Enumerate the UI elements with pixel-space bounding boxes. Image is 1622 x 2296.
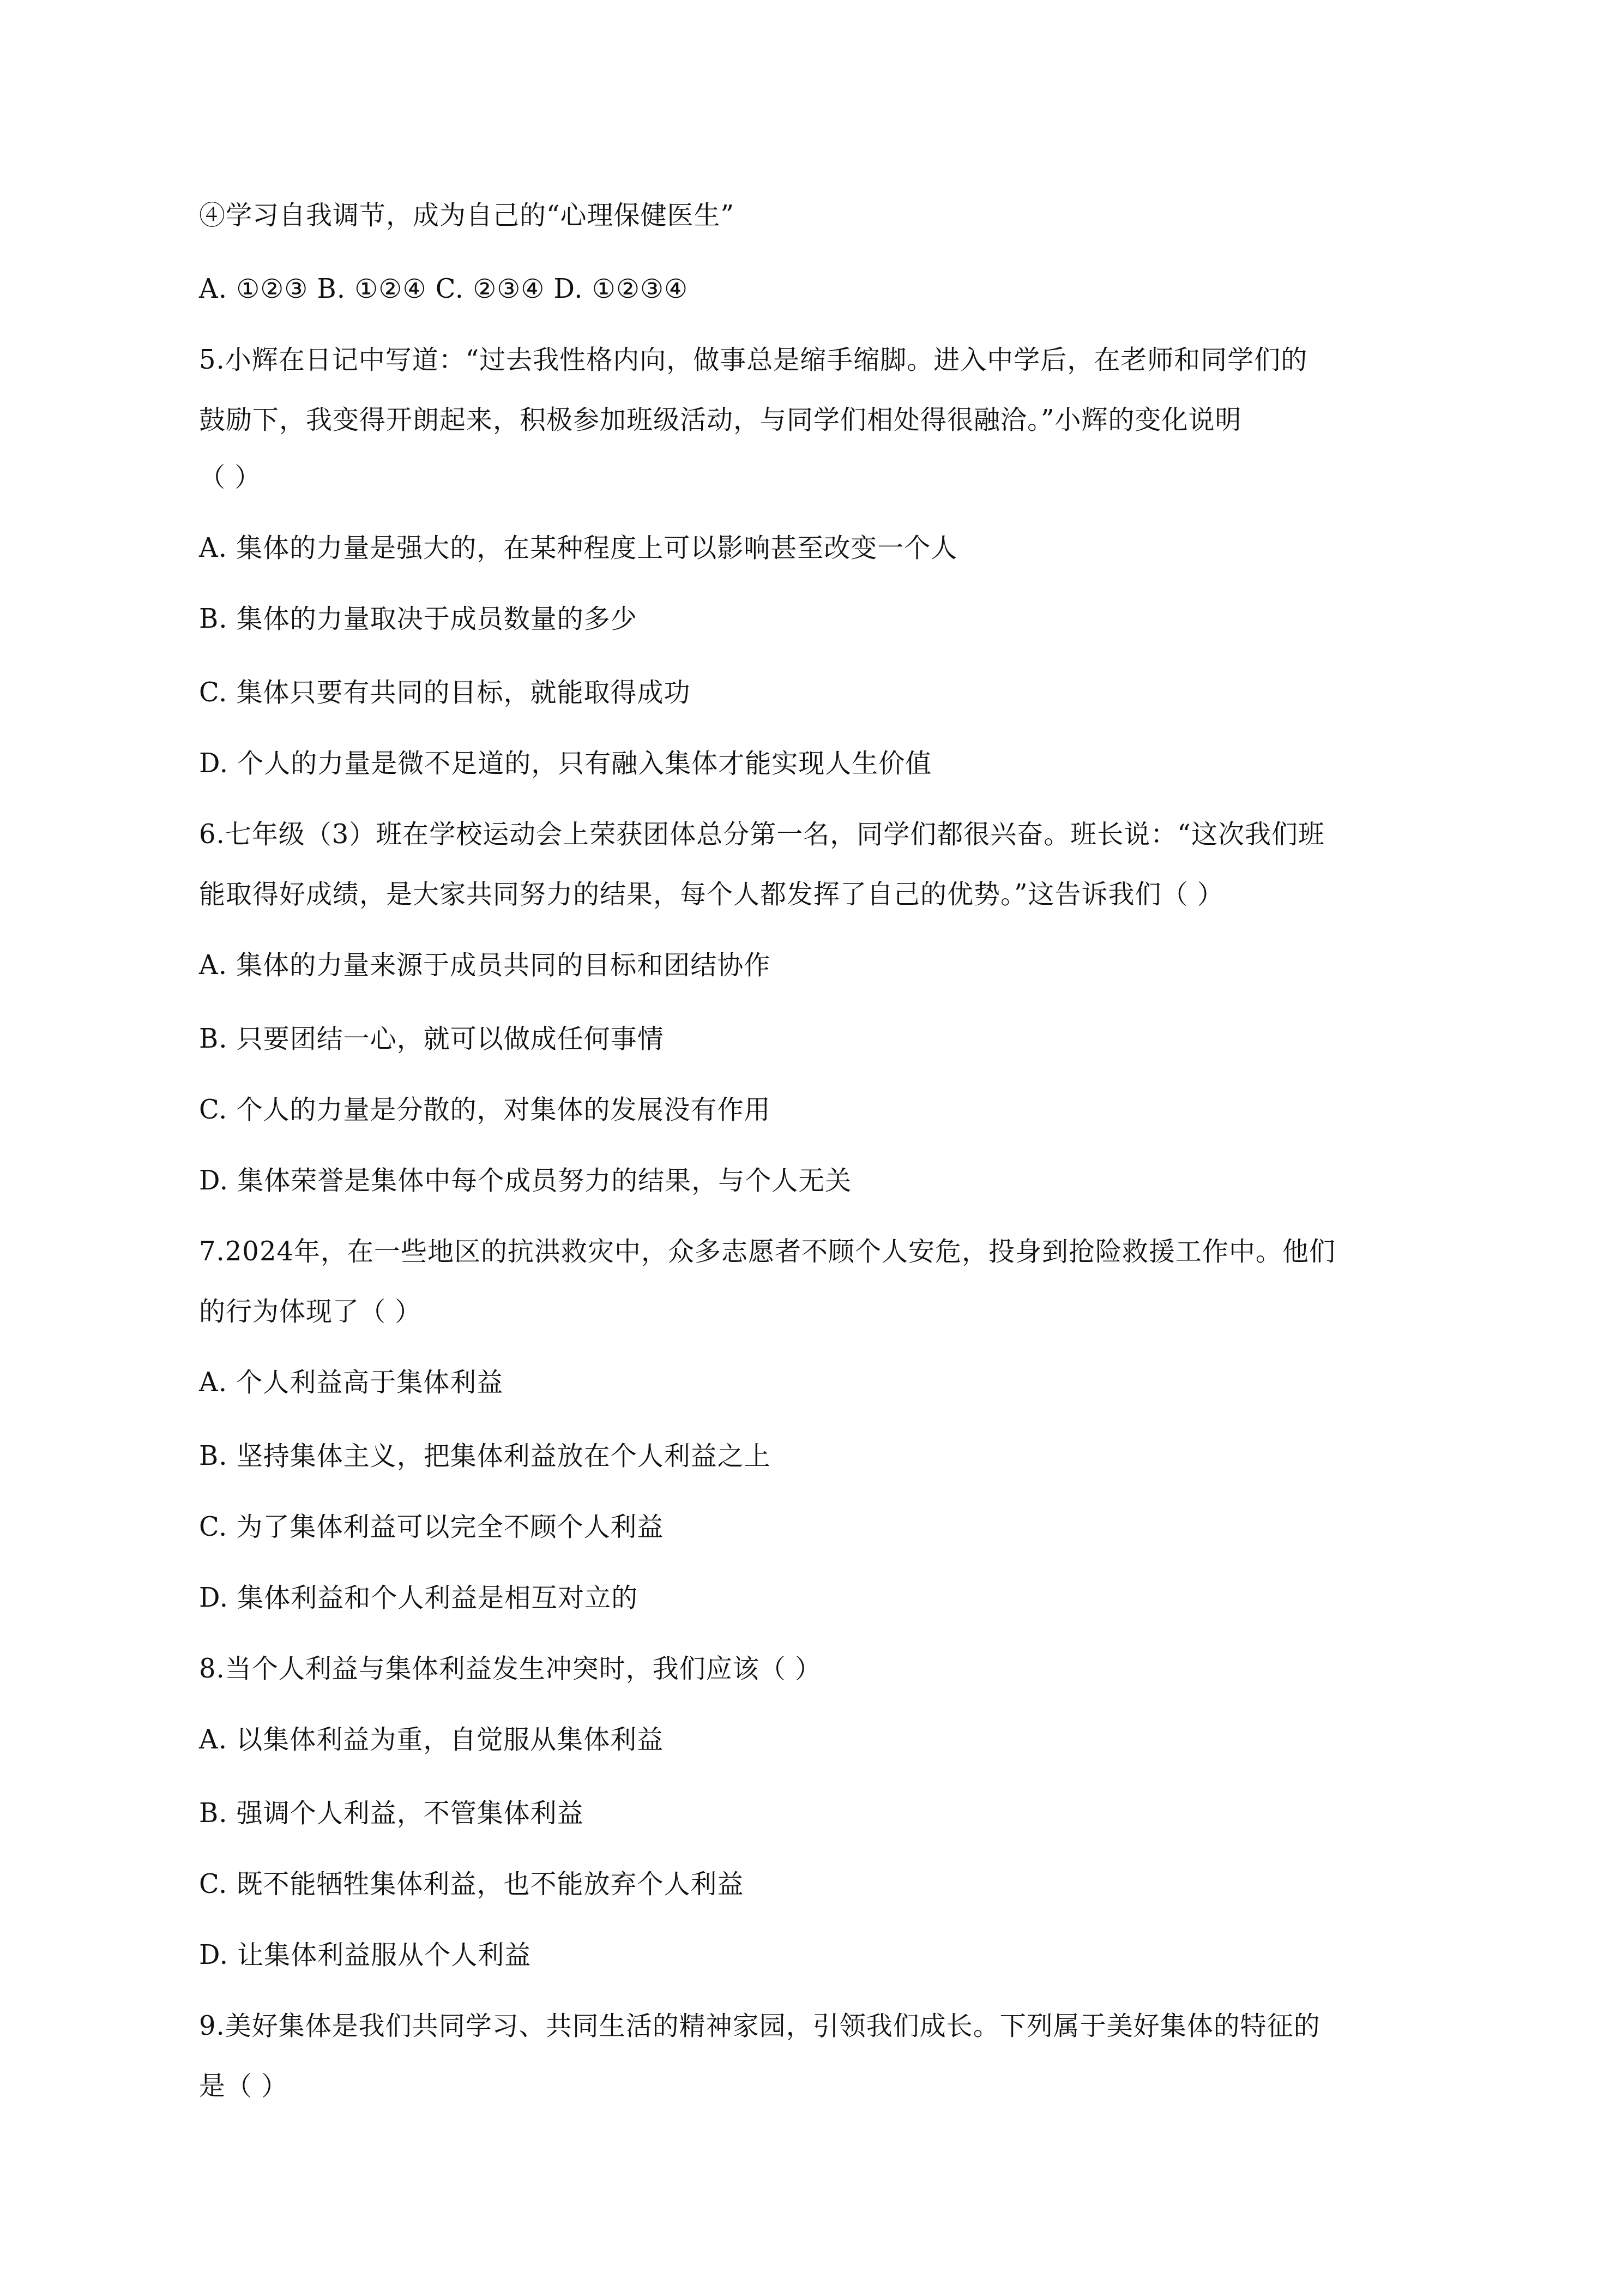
text-line: B. 只要团结一心，就可以做成任何事情	[199, 1023, 664, 1055]
text-line: A. 个人利益高于集体利益	[199, 1366, 503, 1399]
text-line: A. ①②③ B. ①②④ C. ②③④ D. ①②③④	[199, 273, 688, 305]
text-line: D. 个人的力量是微不足道的，只有融入集体才能实现人生价值	[199, 747, 932, 780]
text-line: C. 既不能牺牲集体利益，也不能放弃个人利益	[199, 1868, 744, 1901]
text-line: ④学习自我调节，成为自己的“心理保健医生”	[199, 199, 734, 232]
text-line: C. 集体只要有共同的目标，就能取得成功	[199, 676, 691, 709]
text-line: D. 集体荣誉是集体中每个成员努力的结果，与个人无关	[199, 1164, 852, 1197]
text-line: D. 让集体利益服从个人利益	[199, 1939, 531, 1972]
text-line: D. 集体利益和个人利益是相互对立的	[199, 1582, 638, 1614]
text-line: C. 为了集体利益可以完全不顾个人利益	[199, 1511, 664, 1543]
text-line: 6.七年级（3）班在学校运动会上荣获团体总分第一名，同学们都很兴奋。班长说：“这…	[199, 818, 1325, 851]
text-line: C. 个人的力量是分散的，对集体的发展没有作用	[199, 1093, 771, 1126]
text-line: A. 集体的力量是强大的，在某种程度上可以影响甚至改变一个人	[199, 532, 957, 564]
text-line: 的行为体现了（ ）	[199, 1295, 421, 1328]
document-page: ④学习自我调节，成为自己的“心理保健医生”A. ①②③ B. ①②④ C. ②③…	[0, 0, 1622, 2296]
text-line: B. 坚持集体主义，把集体利益放在个人利益之上	[199, 1440, 771, 1472]
text-line: 鼓励下，我变得开朗起来，积极参加班级活动，与同学们相处得很融洽。”小辉的变化说明	[199, 404, 1242, 436]
text-line: 9.美好集体是我们共同学习、共同生活的精神家园，引领我们成长。下列属于美好集体的…	[199, 2010, 1320, 2042]
text-line: A. 集体的力量来源于成员共同的目标和团结协作	[199, 949, 770, 982]
text-line: 8.当个人利益与集体利益发生冲突时，我们应该（ ）	[199, 1652, 822, 1685]
text-line: 是（ ）	[199, 2070, 288, 2102]
text-line: B. 强调个人利益，不管集体利益	[199, 1797, 584, 1830]
text-line: A. 以集体利益为重，自觉服从集体利益	[199, 1723, 664, 1756]
text-line: 7.2024年，在一些地区的抗洪救灾中，众多志愿者不顾个人安危，投身到抢险救援工…	[199, 1235, 1336, 1268]
text-line: 5.小辉在日记中写道：“过去我性格内向，做事总是缩手缩脚。进入中学后，在老师和同…	[199, 344, 1307, 376]
text-line: 能取得好成绩，是大家共同努力的结果，每个人都发挥了自己的优势。”这告诉我们（ ）	[199, 878, 1224, 911]
text-line: B. 集体的力量取决于成员数量的多少	[199, 603, 637, 635]
text-line: （ ）	[199, 461, 261, 494]
